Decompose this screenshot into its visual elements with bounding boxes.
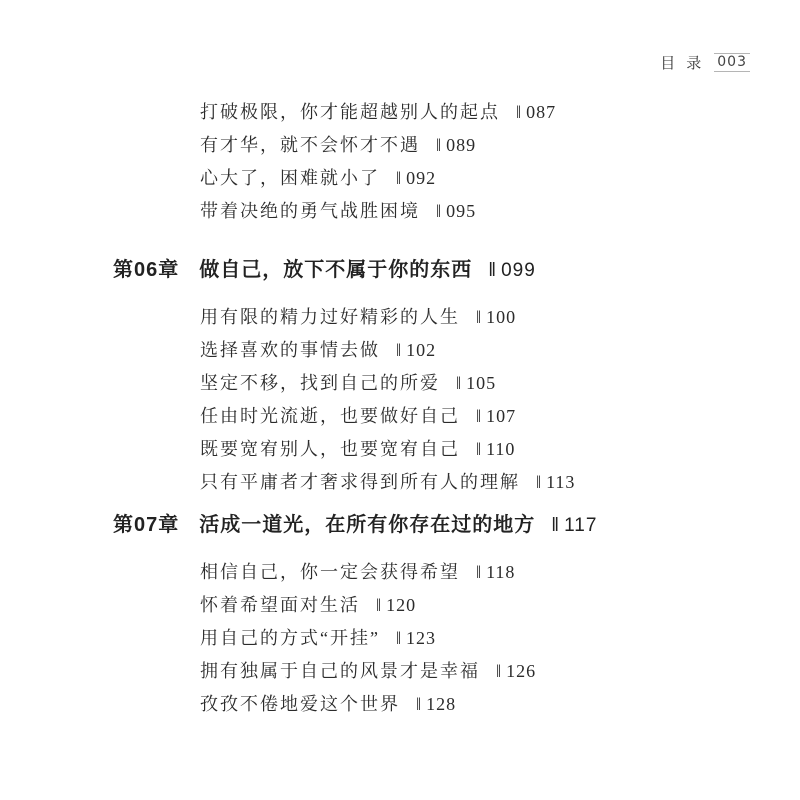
toc-entry-title: 相信自己，你一定会获得希望 — [200, 562, 460, 582]
toc-items-group: 用有限的精力过好精彩的人生‖100 选择喜欢的事情去做‖102 坚定不移，找到自… — [0, 301, 800, 499]
toc-entry-pageref: ‖123 — [396, 628, 436, 648]
pageref-separator: ‖ — [376, 595, 382, 615]
toc-entry: 任由时光流逝，也要做好自己‖107 — [200, 400, 800, 433]
toc-entry-pageref: ‖120 — [376, 595, 416, 615]
pageref-number: 126 — [506, 661, 536, 681]
toc-entry-title: 用有限的精力过好精彩的人生 — [200, 307, 460, 327]
chapter-pageref: ‖099 — [488, 260, 536, 281]
pageref-number: 120 — [386, 595, 416, 615]
pageref-separator: ‖ — [551, 515, 560, 536]
pageref-separator: ‖ — [396, 628, 402, 648]
pageref-separator: ‖ — [536, 472, 542, 492]
toc-content: 打破极限，你才能超越别人的起点‖087 有才华，就不会怀才不遇‖089 心大了，… — [0, 0, 800, 721]
toc-entry-pageref: ‖089 — [436, 135, 476, 155]
pageref-number: 105 — [466, 373, 496, 393]
toc-entry-pageref: ‖107 — [476, 406, 516, 426]
chapter-pageref: ‖117 — [551, 515, 597, 536]
toc-entry-title: 孜孜不倦地爱这个世界 — [200, 694, 400, 714]
toc-entry-title: 只有平庸者才奢求得到所有人的理解 — [200, 472, 520, 492]
toc-entry: 拥有独属于自己的风景才是幸福‖126 — [200, 655, 800, 688]
pageref-separator: ‖ — [496, 661, 502, 681]
pageref-separator: ‖ — [476, 562, 482, 582]
pageref-number: 117 — [564, 515, 597, 536]
toc-entry: 带着决绝的勇气战胜困境‖095 — [200, 195, 800, 228]
pageref-number: 107 — [486, 406, 516, 426]
chapter-label: 第07章 — [113, 514, 179, 536]
toc-entry-title: 坚定不移，找到自己的所爱 — [200, 373, 440, 393]
pageref-number: 102 — [406, 340, 436, 360]
toc-entry: 用有限的精力过好精彩的人生‖100 — [200, 301, 800, 334]
pageref-separator: ‖ — [456, 373, 462, 393]
pageref-separator: ‖ — [436, 201, 442, 221]
toc-entry: 心大了，困难就小了‖092 — [200, 162, 800, 195]
chapter-heading: 第07章活成一道光，在所有你存在过的地方‖117 — [0, 509, 800, 542]
toc-entry-title: 带着决绝的勇气战胜困境 — [200, 201, 420, 221]
pageref-number: 100 — [486, 307, 516, 327]
toc-page: 目录 003 打破极限，你才能超越别人的起点‖087 有才华，就不会怀才不遇‖0… — [0, 0, 800, 800]
toc-entry: 孜孜不倦地爱这个世界‖128 — [200, 688, 800, 721]
toc-entry-pageref: ‖118 — [476, 562, 515, 582]
pageref-separator: ‖ — [488, 260, 497, 281]
toc-entry-pageref: ‖087 — [516, 102, 556, 122]
pageref-number: 099 — [501, 260, 536, 281]
toc-entry-title: 拥有独属于自己的风景才是幸福 — [200, 661, 480, 681]
toc-entry-title: 用自己的方式“开挂” — [200, 628, 380, 648]
pageref-separator: ‖ — [436, 135, 442, 155]
toc-items-group: 相信自己，你一定会获得希望‖118 怀着希望面对生活‖120 用自己的方式“开挂… — [0, 556, 800, 721]
toc-entry: 选择喜欢的事情去做‖102 — [200, 334, 800, 367]
pageref-number: 095 — [446, 201, 476, 221]
pageref-number: 128 — [426, 694, 456, 714]
toc-items-group: 打破极限，你才能超越别人的起点‖087 有才华，就不会怀才不遇‖089 心大了，… — [0, 96, 800, 228]
pageref-separator: ‖ — [476, 406, 482, 426]
pageref-separator: ‖ — [476, 439, 482, 459]
pageref-separator: ‖ — [396, 168, 402, 188]
toc-entry-pageref: ‖102 — [396, 340, 436, 360]
toc-entry-title: 怀着希望面对生活 — [200, 595, 360, 615]
toc-entry: 相信自己，你一定会获得希望‖118 — [200, 556, 800, 589]
toc-entry: 打破极限，你才能超越别人的起点‖087 — [200, 96, 800, 129]
toc-entry: 坚定不移，找到自己的所爱‖105 — [200, 367, 800, 400]
toc-entry-pageref: ‖128 — [416, 694, 456, 714]
toc-entry: 既要宽宥别人，也要宽宥自己‖110 — [200, 433, 800, 466]
toc-entry-title: 选择喜欢的事情去做 — [200, 340, 380, 360]
pageref-number: 113 — [546, 472, 575, 492]
chapter-title: 活成一道光，在所有你存在过的地方 — [199, 514, 535, 536]
toc-entry: 怀着希望面对生活‖120 — [200, 589, 800, 622]
toc-entry-pageref: ‖110 — [476, 439, 515, 459]
toc-entry-pageref: ‖126 — [496, 661, 536, 681]
chapter-title: 做自己，放下不属于你的东西 — [199, 259, 472, 281]
toc-entry-title: 有才华，就不会怀才不遇 — [200, 135, 420, 155]
toc-entry: 只有平庸者才奢求得到所有人的理解‖113 — [200, 466, 800, 499]
pageref-number: 118 — [486, 562, 515, 582]
pageref-number: 110 — [486, 439, 515, 459]
pageref-separator: ‖ — [476, 307, 482, 327]
pageref-number: 087 — [526, 102, 556, 122]
chapter-label: 第06章 — [113, 259, 179, 281]
toc-entry-pageref: ‖105 — [456, 373, 496, 393]
pageref-separator: ‖ — [416, 694, 422, 714]
chapter-heading: 第06章做自己，放下不属于你的东西‖099 — [0, 254, 800, 287]
toc-entry-pageref: ‖100 — [476, 307, 516, 327]
pageref-number: 092 — [406, 168, 436, 188]
toc-entry: 有才华，就不会怀才不遇‖089 — [200, 129, 800, 162]
pageref-separator: ‖ — [516, 102, 522, 122]
pageref-number: 123 — [406, 628, 436, 648]
pageref-separator: ‖ — [396, 340, 402, 360]
toc-entry-pageref: ‖113 — [536, 472, 575, 492]
toc-entry-pageref: ‖092 — [396, 168, 436, 188]
toc-entry: 用自己的方式“开挂”‖123 — [200, 622, 800, 655]
toc-entry-title: 任由时光流逝，也要做好自己 — [200, 406, 460, 426]
toc-entry-title: 打破极限，你才能超越别人的起点 — [200, 102, 500, 122]
toc-entry-title: 既要宽宥别人，也要宽宥自己 — [200, 439, 460, 459]
toc-entry-title: 心大了，困难就小了 — [200, 168, 380, 188]
toc-entry-pageref: ‖095 — [436, 201, 476, 221]
pageref-number: 089 — [446, 135, 476, 155]
